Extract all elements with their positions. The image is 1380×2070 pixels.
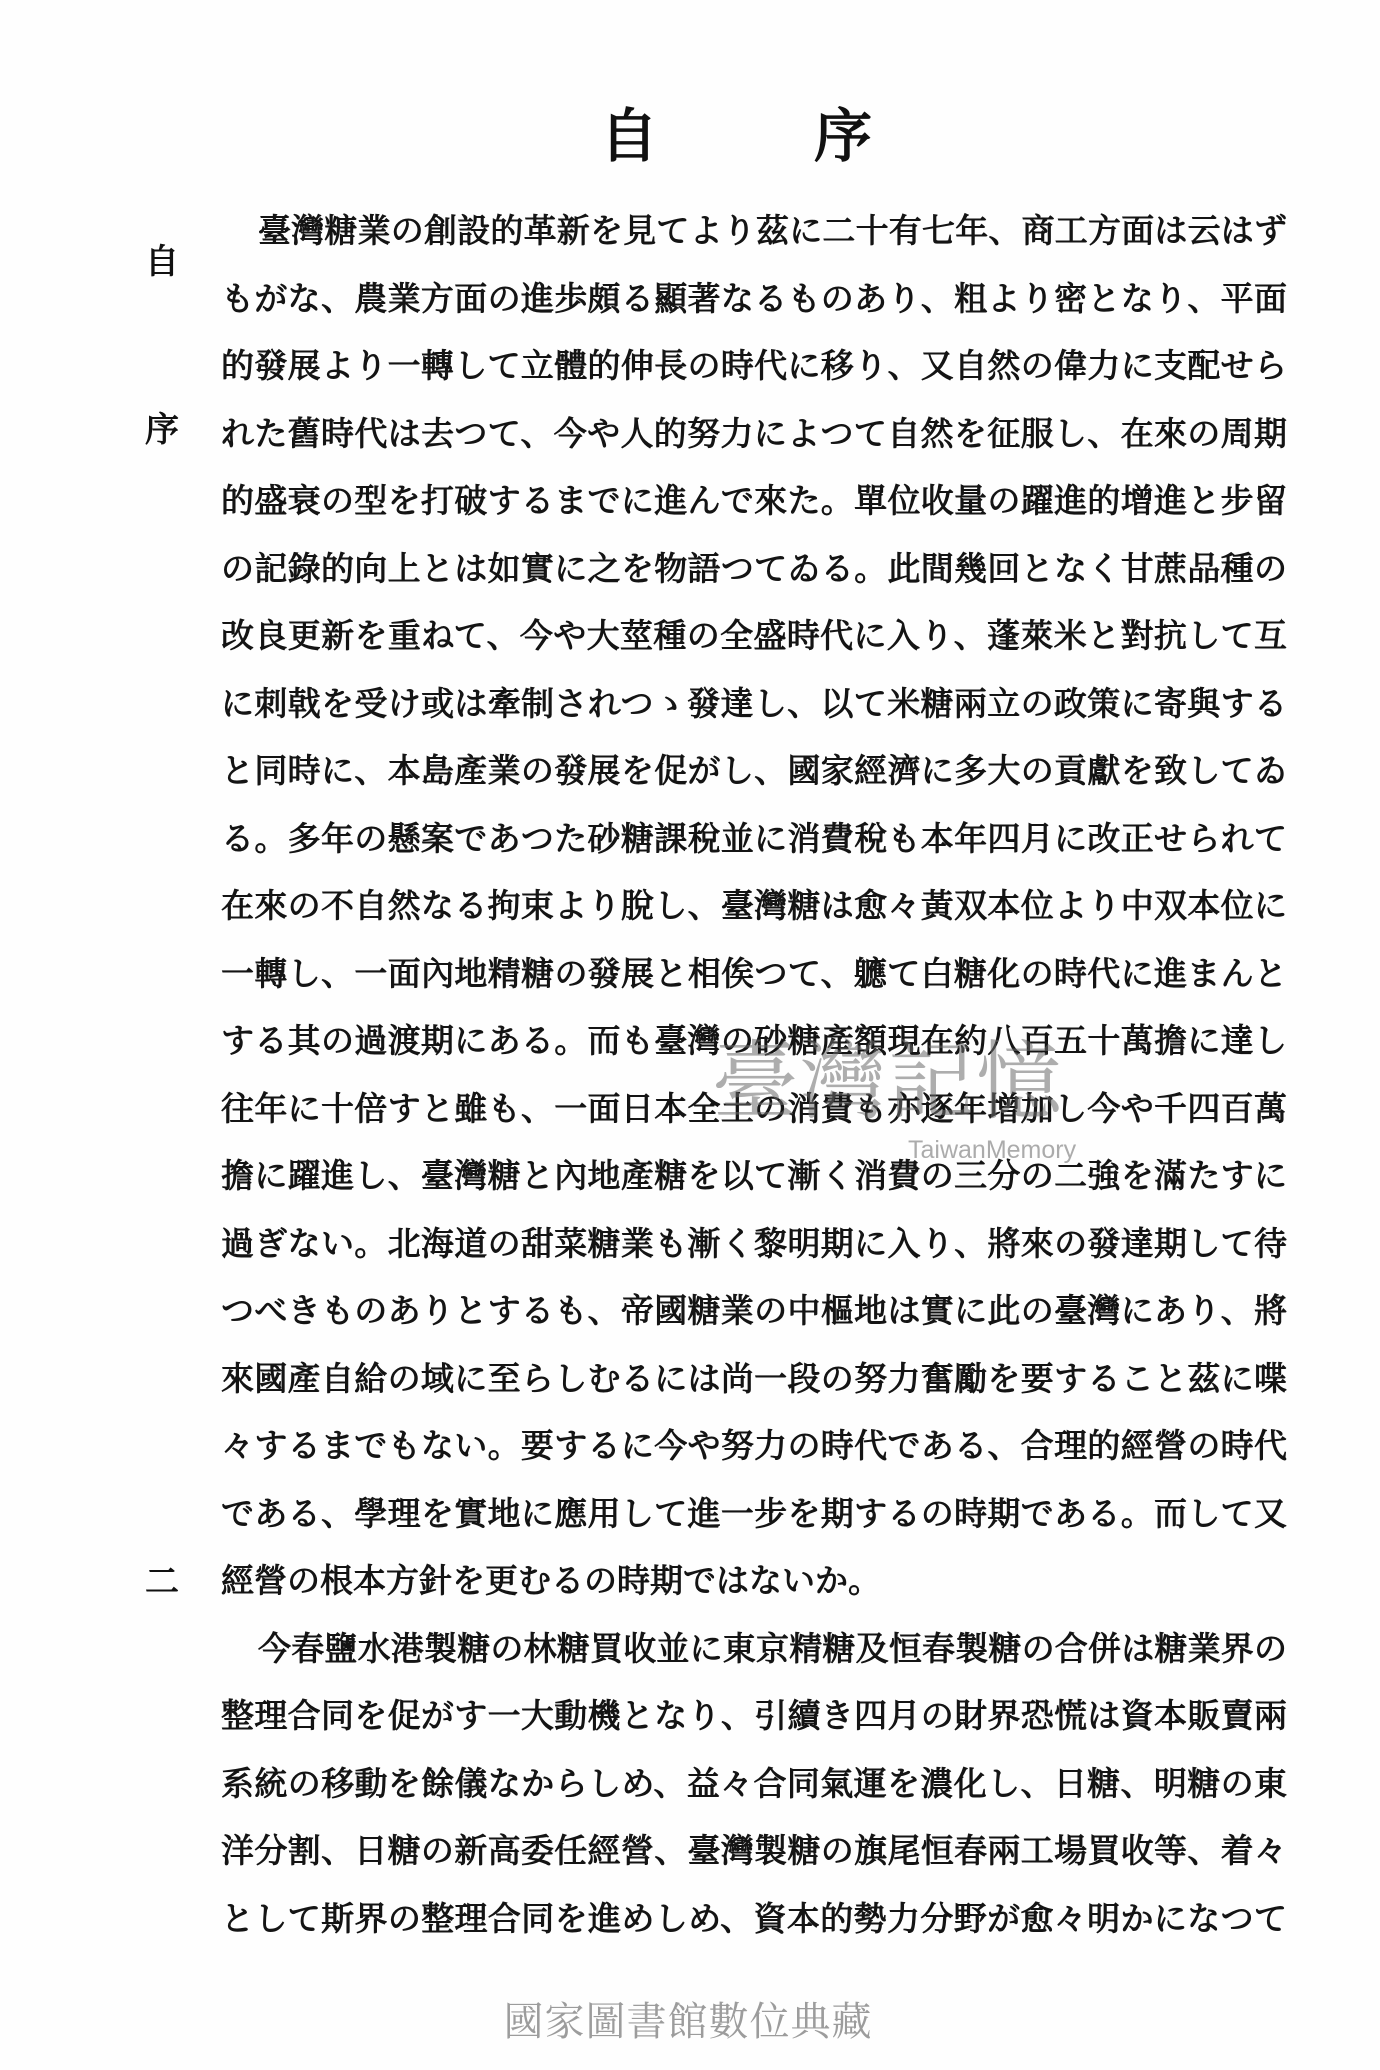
text-line: の記錄的向上とは如實に之を物語つてゐる。此間幾回となく甘蔗品種の bbox=[221, 535, 1287, 603]
text-line: 今春鹽水港製糖の林糖買收並に東京精糖及恒春製糖の合併は糖業界の bbox=[221, 1615, 1287, 1683]
text-line: 洋分割、日糖の新高委任經營、臺灣製糖の旗尾恒春兩工場買收等、着々 bbox=[221, 1817, 1287, 1885]
text-line: である、學理を實地に應用して進一步を期するの時期である。而して又 bbox=[221, 1480, 1287, 1548]
text-line: もがな、農業方面の進歩頗る顯著なるものあり、粗より密となり、平面 bbox=[221, 265, 1287, 333]
title-char-2: 序 bbox=[814, 104, 872, 168]
text-line: 一轉し、一面內地精糖の發展と相俟つて、軈て白糖化の時代に進まんと bbox=[221, 940, 1287, 1008]
text-line: 經營の根本方針を更むるの時期ではないか。 bbox=[221, 1547, 1287, 1615]
margin-page-number: 二 bbox=[143, 1563, 181, 1601]
text-line: 的發展より一轉して立體的伸長の時代に移り、又自然の偉力に支配せら bbox=[221, 332, 1287, 400]
title-char-1: 自 bbox=[600, 104, 658, 168]
footer-text: 國家圖書館數位典藏 bbox=[504, 1999, 873, 2045]
text-line: に刺戟を受け或は牽制されつゝ發達し、以て米糖兩立の政策に寄與する bbox=[221, 670, 1287, 738]
text-line: 過ぎない。北海道の甜菜糖業も漸く黎明期に入り、將來の發達期して待 bbox=[221, 1210, 1287, 1278]
text-line: 臺灣糖業の創設的革新を見てより茲に二十有七年、商工方面は云はず bbox=[221, 197, 1287, 265]
footer-collection-label: 國家圖書館數位典藏 bbox=[0, 1998, 1380, 2046]
text-line: 改良更新を重ねて、今や大莖種の全盛時代に入り、蓬萊米と對抗して互 bbox=[221, 602, 1287, 670]
text-line: れた舊時代は去つて、今や人的努力によつて自然を征服し、在來の周期 bbox=[221, 400, 1287, 468]
text-line: 在來の不自然なる拘束より脫し、臺灣糖は愈々黃双本位より中双本位に bbox=[221, 872, 1287, 940]
body-text: 臺灣糖業の創設的革新を見てより茲に二十有七年、商工方面は云はず もがな、農業方面… bbox=[221, 197, 1287, 1952]
text-line: として斯界の整理合同を進めしめ、資本的勢力分野が愈々明かになつて bbox=[221, 1885, 1287, 1953]
margin-note-2: 序 bbox=[143, 411, 181, 449]
text-line: 整理合同を促がす一大動機となり、引續き四月の財界恐慌は資本販賣兩 bbox=[221, 1682, 1287, 1750]
text-line: 々するまでもない。要するに今や努力の時代である、合理的經營の時代 bbox=[221, 1412, 1287, 1480]
text-line: する其の過渡期にある。而も臺灣の砂糖產額現在約八百五十萬擔に達し bbox=[221, 1007, 1287, 1075]
text-line: 系統の移動を餘儀なからしめ、益々合同氣運を濃化し、日糖、明糖の東 bbox=[221, 1750, 1287, 1818]
text-line: つべきものありとするも、帝國糖業の中樞地は實に此の臺灣にあり、將 bbox=[221, 1277, 1287, 1345]
text-line: る。多年の懸案であつた砂糖課稅並に消費稅も本年四月に改正せられて bbox=[221, 805, 1287, 873]
text-line: と同時に、本島產業の發展を促がし、國家經濟に多大の貢獻を致してゐ bbox=[221, 737, 1287, 805]
margin-note-1: 自 bbox=[143, 243, 181, 281]
text-line: 擔に躍進し、臺灣糖と內地產糖を以て漸く消費の三分の二強を滿たすに bbox=[221, 1142, 1287, 1210]
text-line: 往年に十倍すと雖も、一面日本全土の消費も亦逐年增加し今や千四百萬 bbox=[221, 1075, 1287, 1143]
text-line: 來國產自給の域に至らしむるには尚一段の努力奮勵を要すること茲に喋 bbox=[221, 1345, 1287, 1413]
scanned-book-page: 自 序 自 序 二 臺灣糖業の創設的革新を見てより茲に二十有七年、商工方面は云は… bbox=[0, 0, 1380, 2070]
text-line: 的盛衰の型を打破するまでに進んで來た。單位收量の躍進的增進と步留 bbox=[221, 467, 1287, 535]
